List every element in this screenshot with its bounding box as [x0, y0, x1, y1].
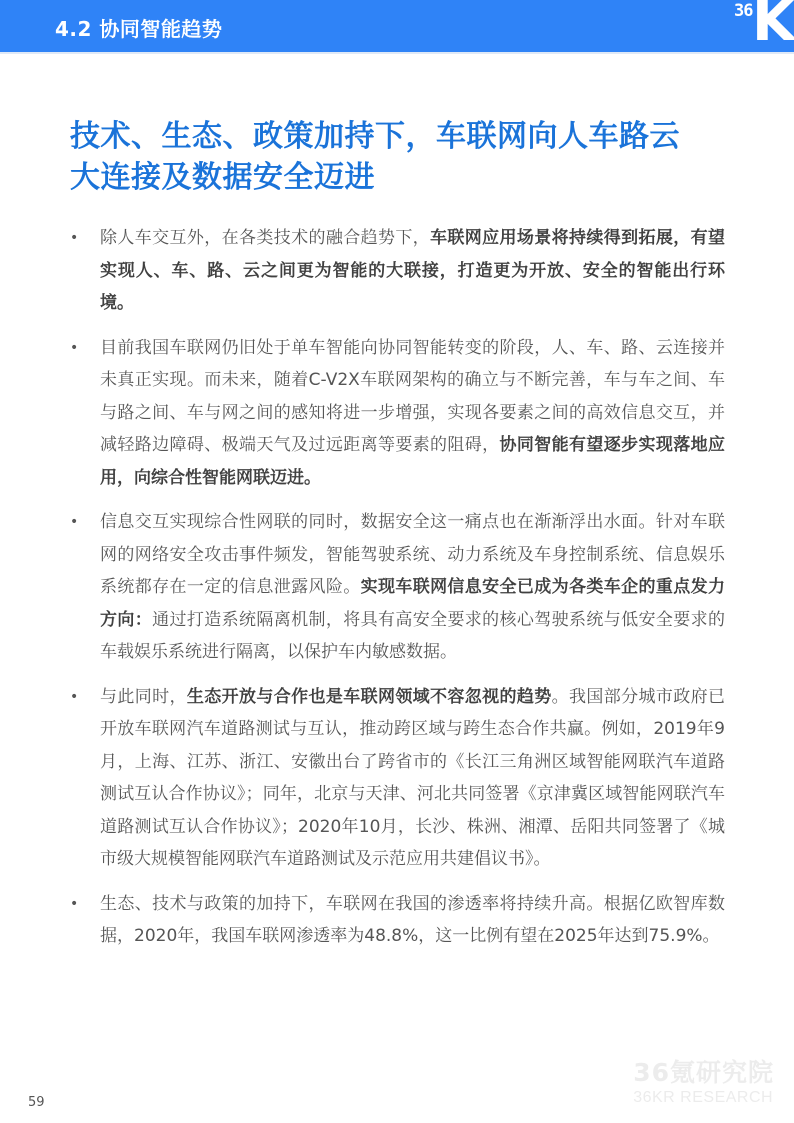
36kr-research-watermark: 36氪研究院 36KR RESEARCH — [633, 1058, 774, 1108]
bullet-icon: • — [70, 506, 78, 539]
header-band: 4.2 协同智能趋势 36 Kr — [0, 0, 794, 52]
headline-line-1: 技术、生态、政策加持下，车联网向人车路云 — [70, 116, 730, 157]
bullet-text: 生态、技术与政策的加持下，车联网在我国的渗透率将持续升高。根据亿欧智库数据，20… — [100, 894, 725, 947]
bullet-text: 与此同时， — [100, 687, 187, 707]
watermark-en: 36KR RESEARCH — [633, 1088, 774, 1108]
bullet-icon: • — [70, 222, 78, 255]
bullet-item: • 生态、技术与政策的加持下，车联网在我国的渗透率将持续升高。根据亿欧智库数据，… — [70, 888, 725, 953]
bullet-text: 。我国部分城市政府已开放车联网汽车道路测试与互认，推动跨区域与跨生态合作共赢。例… — [100, 687, 725, 870]
page-headline: 技术、生态、政策加持下，车联网向人车路云 大连接及数据安全迈进 — [70, 116, 730, 198]
logo-36-text: 36 — [734, 1, 752, 21]
bullet-icon: • — [70, 332, 78, 365]
headline-line-2: 大连接及数据安全迈进 — [70, 157, 730, 198]
bullet-item: • 信息交互实现综合性网联的同时，数据安全这一痛点也在渐渐浮出水面。针对车联网的… — [70, 506, 725, 669]
bullet-text: 除人车交互外，在各类技术的融合趋势下， — [100, 228, 430, 248]
bullet-icon: • — [70, 888, 78, 921]
watermark-cn: 36氪研究院 — [633, 1058, 774, 1088]
bullet-text-bold: 生态开放与合作也是车联网领域不容忽视的趋势 — [187, 687, 552, 707]
bullet-item: • 目前我国车联网仍旧处于单车智能向协同智能转变的阶段，人、车、路、云连接并未真… — [70, 332, 725, 495]
logo-kr-text: Kr — [752, 0, 794, 50]
page-number: 59 — [28, 1095, 45, 1110]
36kr-logo: 36 Kr — [704, 0, 794, 54]
bullet-text: 通过打造系统隔离机制，将具有高安全要求的核心驾驶系统与低安全要求的车载娱乐系统进… — [100, 610, 725, 663]
bullet-item: • 除人车交互外，在各类技术的融合趋势下，车联网应用场景将持续得到拓展，有望实现… — [70, 222, 725, 320]
bullet-list: • 除人车交互外，在各类技术的融合趋势下，车联网应用场景将持续得到拓展，有望实现… — [70, 222, 725, 965]
section-title: 4.2 协同智能趋势 — [55, 13, 222, 42]
bullet-icon: • — [70, 681, 78, 714]
bullet-item: • 与此同时，生态开放与合作也是车联网领域不容忽视的趋势。我国部分城市政府已开放… — [70, 681, 725, 876]
